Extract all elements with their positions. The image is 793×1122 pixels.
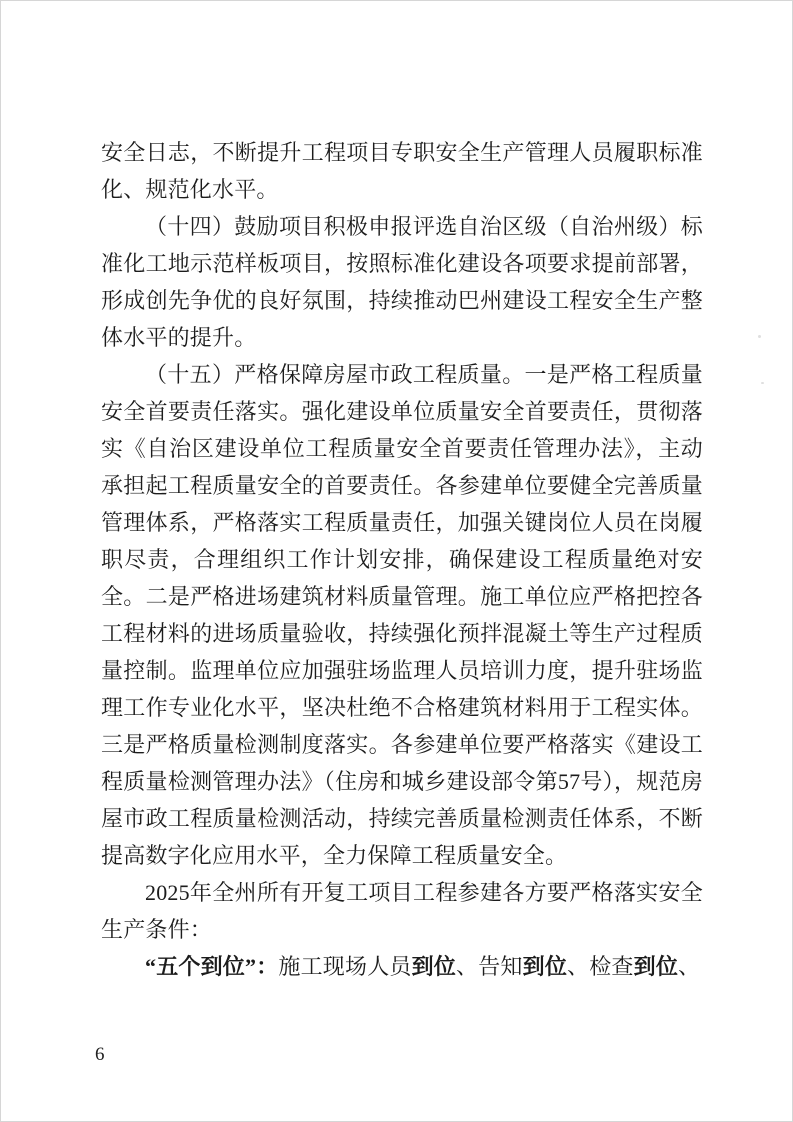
scan-speck [758, 335, 761, 338]
document-body: 安全日志，不断提升工程项目专职安全生产管理人员履职标准化、规范化水平。 （十四）… [101, 134, 703, 985]
text-segment: 、 [678, 954, 700, 979]
text-segment: 施工现场人员 [278, 954, 411, 979]
paragraph-2025-requirements: 2025年全州所有开复工项目工程参建各方要严格落实安全生产条件： [101, 874, 703, 948]
text-segment-bold: 到位 [634, 954, 678, 979]
text-segment: 、检查 [567, 954, 634, 979]
text-segment: 、告知 [456, 954, 523, 979]
scanned-document-page: 安全日志，不断提升工程项目专职安全生产管理人员履职标准化、规范化水平。 （十四）… [0, 0, 793, 1122]
paragraph-section-14: （十四）鼓励项目积极申报评选自治区级（自治州级）标准化工地示范样板项目，按照标准… [101, 208, 703, 356]
text-segment-bold: 到位 [523, 954, 567, 979]
term-five-in-place: “五个到位”： [145, 954, 278, 979]
page-number: 6 [95, 1043, 105, 1067]
text-segment-bold: 到位 [412, 954, 456, 979]
paragraph-continuation: 安全日志，不断提升工程项目专职安全生产管理人员履职标准化、规范化水平。 [101, 134, 703, 208]
paragraph-section-15: （十五）严格保障房屋市政工程质量。一是严格工程质量安全首要责任落实。强化建设单位… [101, 356, 703, 874]
paragraph-five-in-place: “五个到位”：施工现场人员到位、告知到位、检查到位、 [101, 948, 703, 985]
scan-speck [761, 382, 764, 384]
